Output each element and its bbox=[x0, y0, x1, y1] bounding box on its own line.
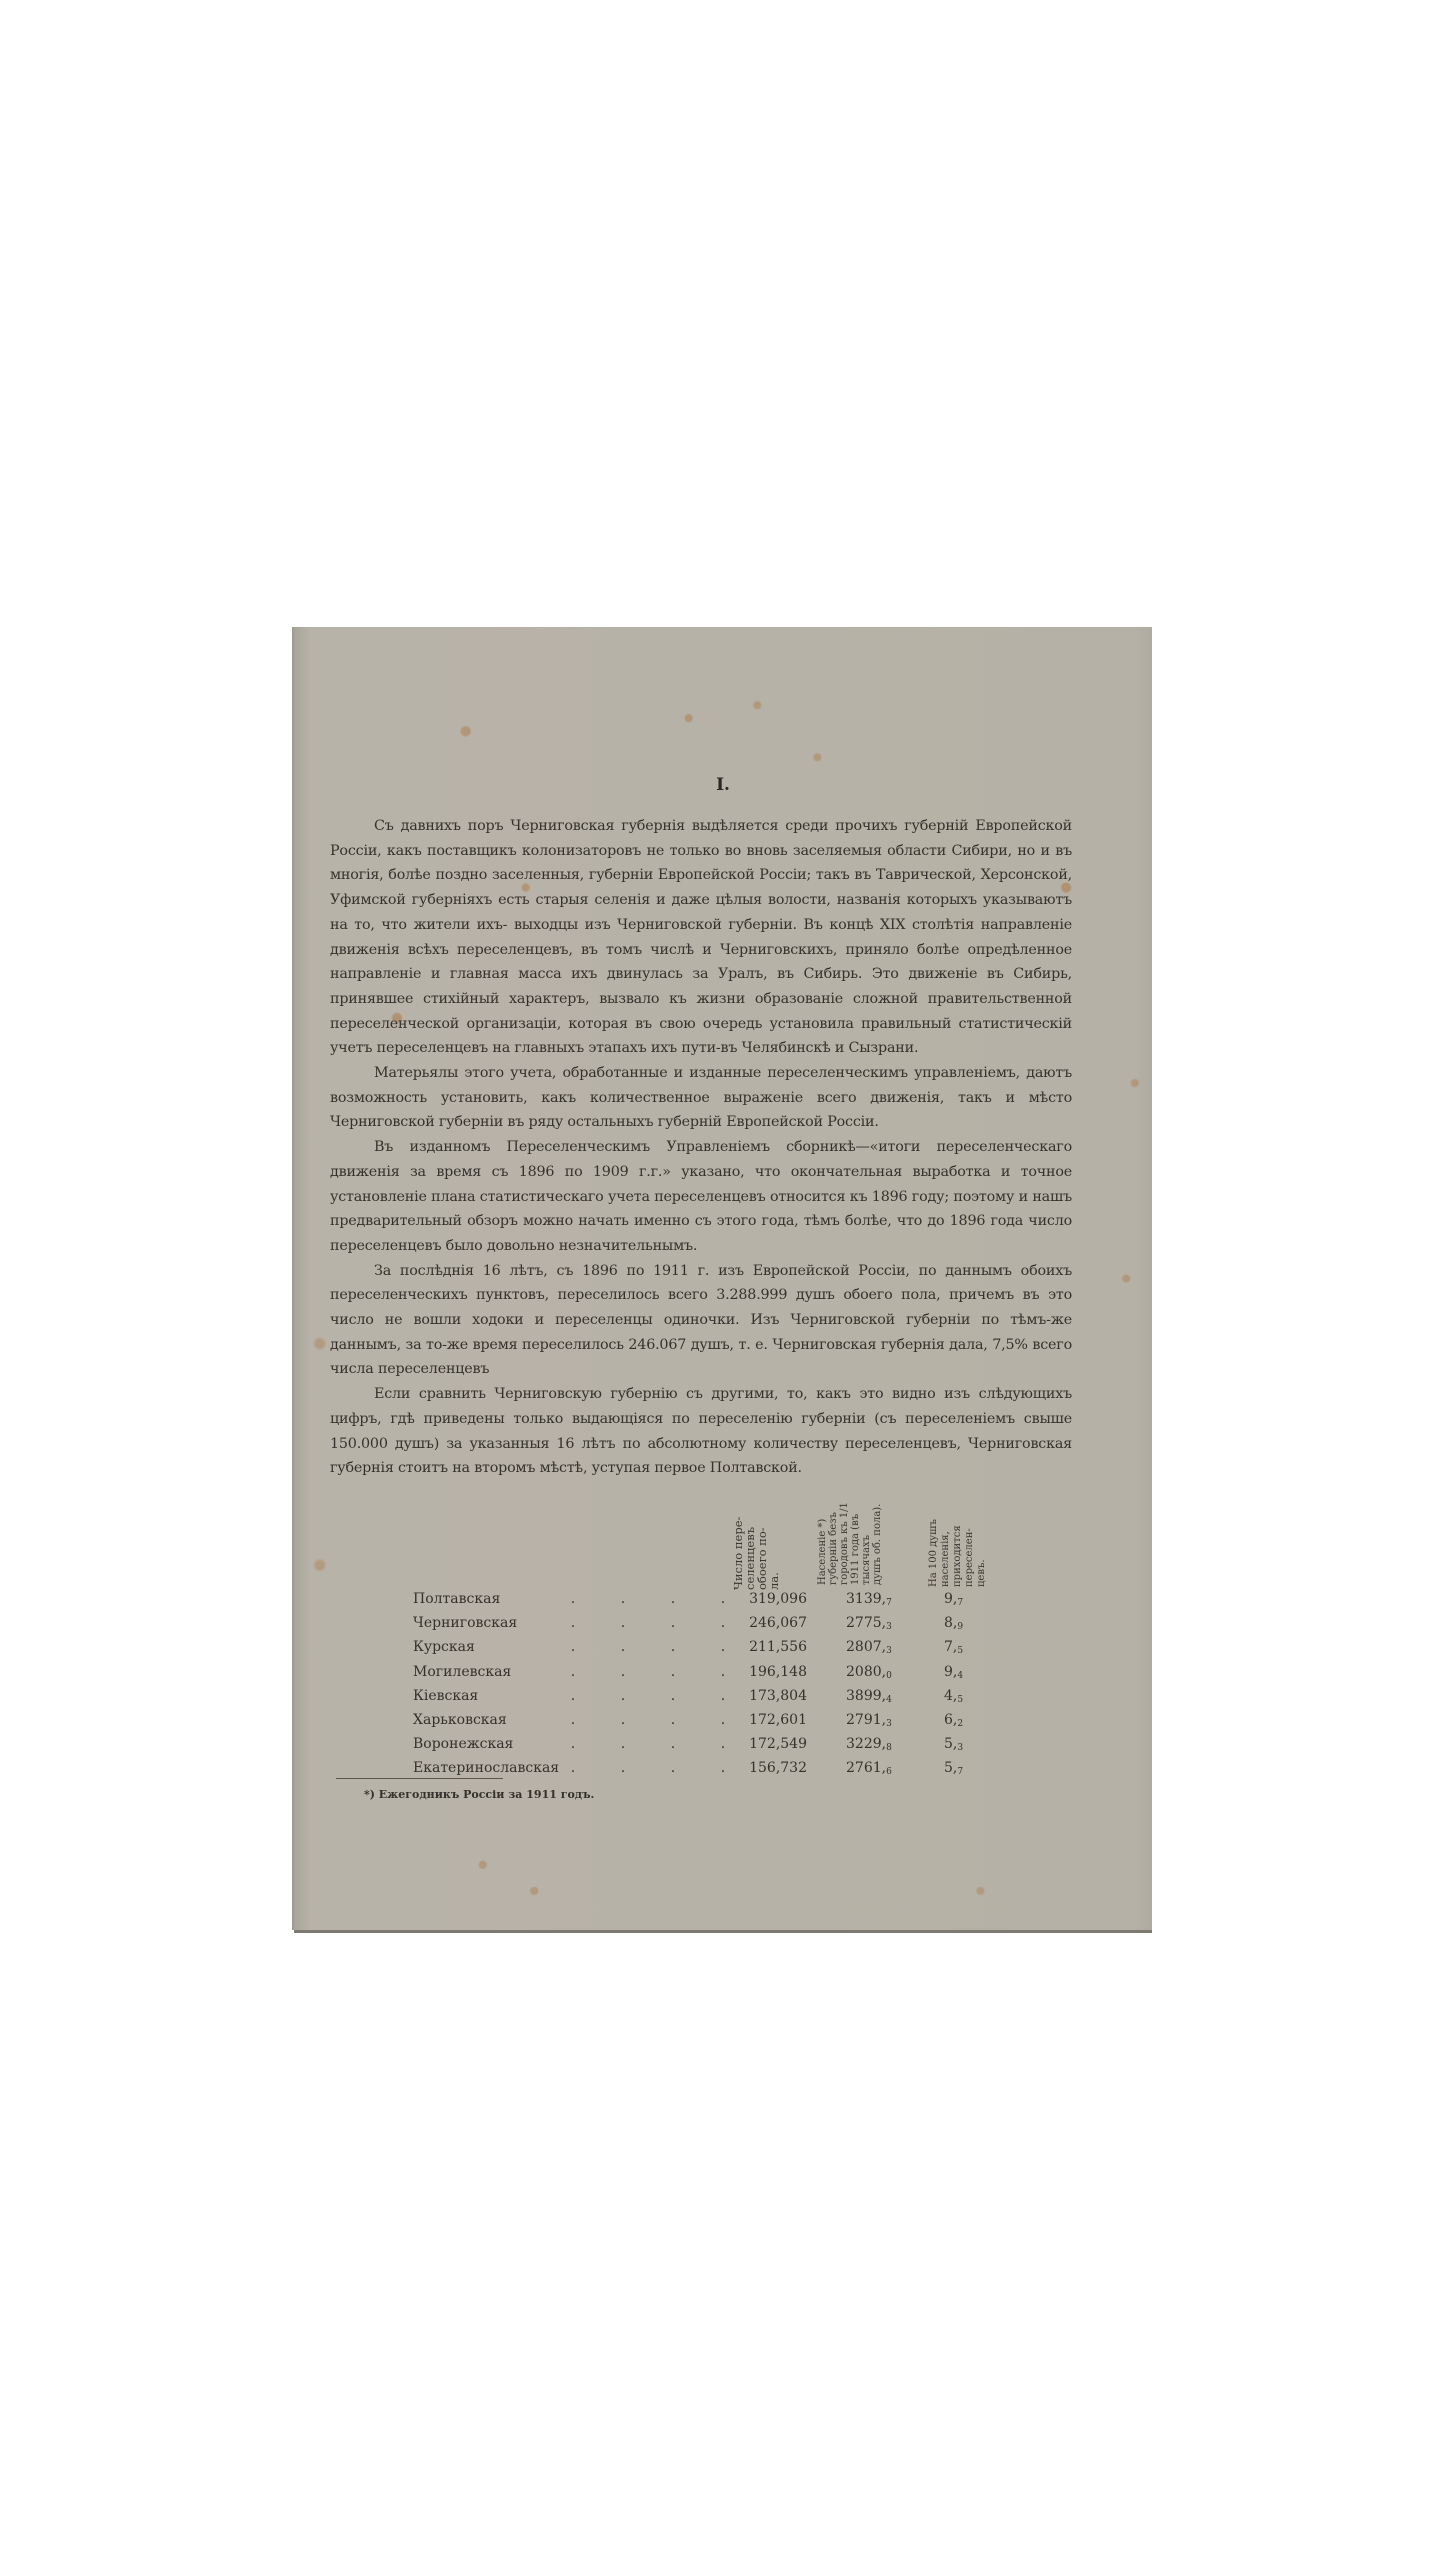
population-value: 3229,8 bbox=[846, 1736, 916, 1753]
footnote-rule bbox=[336, 1778, 503, 1779]
body-text: Съ давнихъ поръ Черниговская губернія вы… bbox=[330, 814, 1072, 1481]
column-header-settlers: Число пере- селенцевъ обоего по- ла. bbox=[732, 1482, 780, 1590]
per-100-value: 8,9 bbox=[944, 1615, 984, 1632]
paragraph: Матерьялы этого учета, обработанные и из… bbox=[330, 1061, 1072, 1135]
leader-dots: .... bbox=[548, 1760, 748, 1776]
paragraph: Съ давнихъ поръ Черниговская губернія вы… bbox=[330, 814, 1072, 1061]
per-100-value: 5,7 bbox=[944, 1760, 984, 1777]
settlers-value: 172,549 bbox=[737, 1736, 807, 1752]
per-100-value: 9,7 bbox=[944, 1591, 984, 1608]
paragraph: За послѣднія 16 лѣтъ, съ 1896 по 1911 г.… bbox=[330, 1259, 1072, 1383]
leader-dots: .... bbox=[548, 1591, 748, 1607]
province-name: Черниговская bbox=[413, 1615, 517, 1631]
leader-dots: .... bbox=[548, 1639, 748, 1655]
settlers-value: 156,732 bbox=[737, 1760, 807, 1776]
table-row: Черниговская....246,0672775,38,9 bbox=[413, 1615, 1033, 1639]
settlers-value: 172,601 bbox=[737, 1712, 807, 1728]
document-page: I. Съ давнихъ поръ Черниговская губернія… bbox=[294, 627, 1152, 1930]
province-name: Могилевская bbox=[413, 1664, 511, 1680]
province-name: Кіевская bbox=[413, 1688, 478, 1704]
population-value: 3139,7 bbox=[846, 1591, 916, 1608]
population-value: 2775,3 bbox=[846, 1615, 916, 1632]
per-100-value: 6,2 bbox=[944, 1712, 984, 1729]
per-100-value: 9,4 bbox=[944, 1664, 984, 1681]
province-name: Екатеринославская bbox=[413, 1760, 559, 1776]
chapter-heading: I. bbox=[294, 775, 1152, 795]
leader-dots: .... bbox=[548, 1615, 748, 1631]
leader-dots: .... bbox=[548, 1664, 748, 1680]
settlers-value: 173,804 bbox=[737, 1688, 807, 1704]
province-name: Воронежская bbox=[413, 1736, 513, 1752]
column-header-population: Населеніе *) губерніи безъ городовъ къ 1… bbox=[817, 1485, 883, 1585]
table-row: Полтавская....319,0963139,79,7 bbox=[413, 1591, 1033, 1615]
table-row: Могилевская....196,1482080,09,4 bbox=[413, 1664, 1033, 1688]
settlers-value: 246,067 bbox=[737, 1615, 807, 1631]
column-header-per-100: На 100 душъ населенія, приходится пересе… bbox=[928, 1489, 988, 1587]
population-value: 2807,3 bbox=[846, 1639, 916, 1656]
table-row: Харьковская....172,6012791,36,2 bbox=[413, 1712, 1033, 1736]
settlers-value: 319,096 bbox=[737, 1591, 807, 1607]
population-value: 3899,4 bbox=[846, 1688, 916, 1705]
table-row: Курская....211,5562807,37,5 bbox=[413, 1639, 1033, 1663]
population-value: 2791,3 bbox=[846, 1712, 916, 1729]
paragraph: Если сравнить Черниговскую губернію съ д… bbox=[330, 1382, 1072, 1481]
leader-dots: .... bbox=[548, 1688, 748, 1704]
table-row: Кіевская....173,8043899,44,5 bbox=[413, 1688, 1033, 1712]
population-value: 2080,0 bbox=[846, 1664, 916, 1681]
paragraph: Въ изданномъ Переселенческимъ Управленіе… bbox=[330, 1135, 1072, 1259]
province-name: Полтавская bbox=[413, 1591, 500, 1607]
per-100-value: 7,5 bbox=[944, 1639, 984, 1656]
province-name: Харьковская bbox=[413, 1712, 507, 1728]
population-value: 2761,6 bbox=[846, 1760, 916, 1777]
settlers-value: 196,148 bbox=[737, 1664, 807, 1680]
leader-dots: .... bbox=[548, 1712, 748, 1728]
per-100-value: 4,5 bbox=[944, 1688, 984, 1705]
province-name: Курская bbox=[413, 1639, 475, 1655]
footnote: *) Ежегодникъ Россіи за 1911 годъ. bbox=[364, 1788, 594, 1801]
per-100-value: 5,3 bbox=[944, 1736, 984, 1753]
leader-dots: .... bbox=[548, 1736, 748, 1752]
table-row: Воронежская....172,5493229,85,3 bbox=[413, 1736, 1033, 1760]
settlers-value: 211,556 bbox=[737, 1639, 807, 1655]
table-row: Екатеринославская....156,7322761,65,7 bbox=[413, 1760, 1033, 1784]
